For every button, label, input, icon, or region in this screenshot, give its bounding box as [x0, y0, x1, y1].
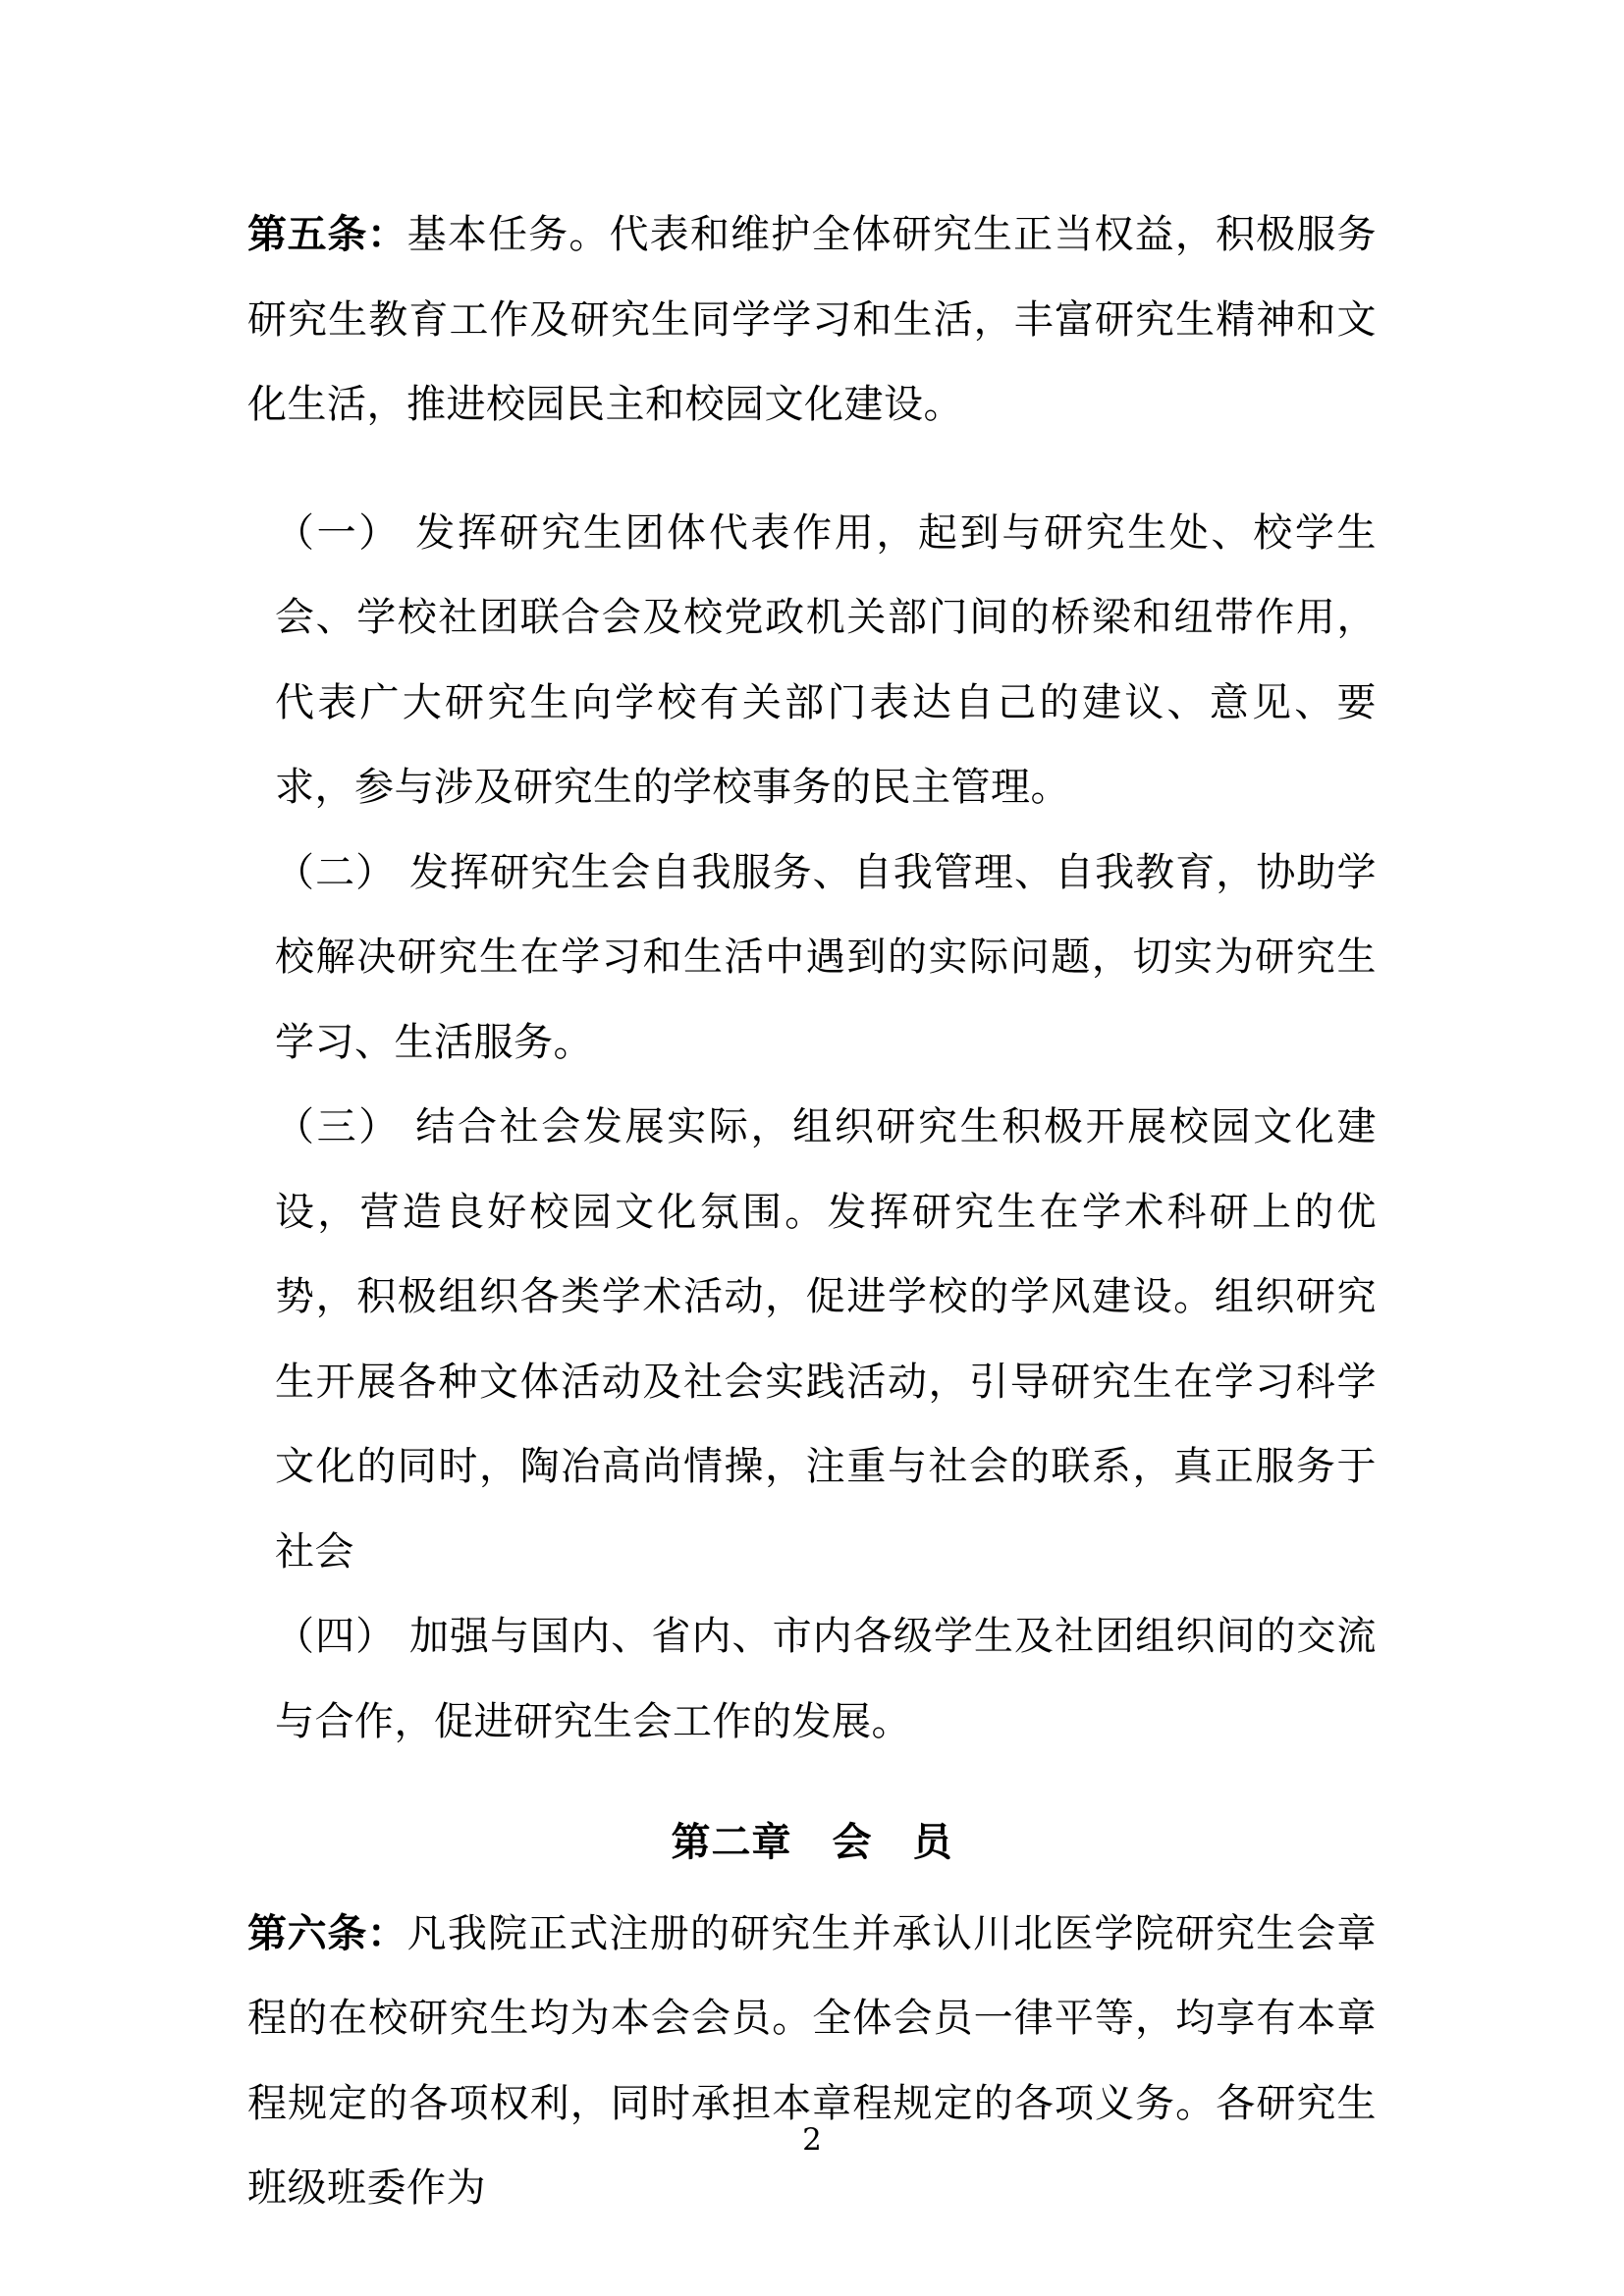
page-number: 2	[0, 2122, 1624, 2158]
chapter-2-heading: 第二章 会 员	[247, 1800, 1377, 1886]
document-page: 第五条：基本任务。代表和维护全体研究生正当权益，积极服务研究生教育工作及研究生同…	[0, 0, 1624, 2296]
list-item-3: （三） 结合社会发展实际，组织研究生积极开展校园文化建设，营造良好校园文化氛围。…	[275, 1085, 1377, 1594]
article-5-text: 基本任务。代表和维护全体研究生正当权益，积极服务研究生教育工作及研究生同学学习和…	[247, 212, 1377, 427]
list-item-1: （一） 发挥研究生团体代表作用，起到与研究生处、校学生会、学校社团联合会及校党政…	[275, 491, 1377, 830]
article-6-paragraph: 第六条：凡我院正式注册的研究生并承认川北医学院研究生会章程的在校研究生均为本会会…	[247, 1892, 1377, 2231]
list-item-2: （二） 发挥研究生会自我服务、自我管理、自我教育，协助学校解决研究生在学习和生活…	[275, 830, 1377, 1086]
list-item-4: （四） 加强与国内、省内、市内各级学生及社团组织间的交流与合作，促进研究生会工作…	[275, 1594, 1377, 1764]
page-content: 第五条：基本任务。代表和维护全体研究生正当权益，积极服务研究生教育工作及研究生同…	[247, 192, 1377, 2231]
article-5-item-list: （一） 发挥研究生团体代表作用，起到与研究生处、校学生会、学校社团联合会及校党政…	[247, 491, 1377, 1765]
article-6-text: 凡我院正式注册的研究生并承认川北医学院研究生会章程的在校研究生均为本会会员。全体…	[247, 1911, 1377, 2212]
article-5-paragraph: 第五条：基本任务。代表和维护全体研究生正当权益，积极服务研究生教育工作及研究生同…	[247, 192, 1377, 448]
article-5-label: 第五条：	[247, 212, 407, 257]
article-6-label: 第六条：	[247, 1911, 407, 1956]
